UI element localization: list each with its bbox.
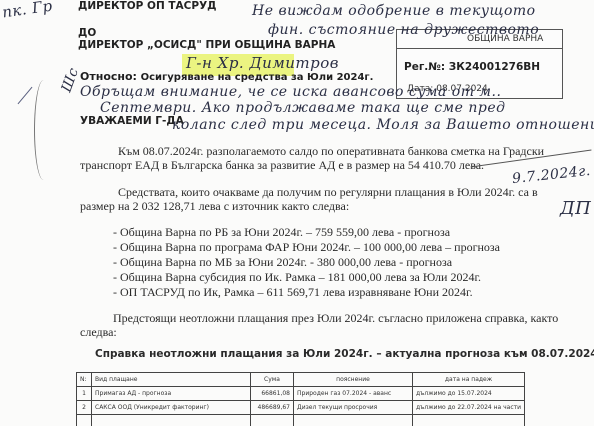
source-item: - ОП ТАСРУД по Ик, Рамка – 611 569,71 ле… bbox=[113, 285, 473, 300]
handwritten-resolution-line1: Не виждам одобрение в текущото bbox=[252, 3, 536, 19]
margin-pen-arc bbox=[34, 80, 53, 180]
handwritten-assignee: Г-н Хр. Димитров bbox=[186, 54, 339, 72]
recipient-title: ДИРЕКТОР „ОСИСД" ПРИ ОБЩИНА ВАРНА bbox=[78, 39, 335, 51]
cell-amount bbox=[251, 415, 294, 426]
paragraph-payments-line2: следва: bbox=[80, 325, 117, 340]
cell-type bbox=[92, 415, 251, 426]
paragraph-balance-line1: Към 08.07.2024г. разполагаемото салдо по… bbox=[118, 144, 544, 159]
source-item: - Община Варна по МБ за Юни 2024г. - 380… bbox=[113, 255, 452, 270]
handwritten-note-line3: колапс след три месеца. Моля за Вашето о… bbox=[172, 117, 594, 133]
cell-amount: 486689,67 bbox=[251, 401, 294, 415]
handwritten-top-left: пк. Гр bbox=[1, 0, 54, 21]
handwritten-note-line2: Септември. Ако продължаваме така ще сме … bbox=[100, 100, 506, 116]
sender-title: ДИРЕКТОР ОП ТАСРУД bbox=[78, 0, 217, 12]
cell-note bbox=[294, 415, 413, 426]
paragraph-income-line2: размер на 2 032 128,71 лева с източник к… bbox=[80, 199, 349, 214]
payments-table: N: Вид плащане Сума пояснение дата на па… bbox=[76, 372, 525, 426]
cell-due bbox=[413, 415, 525, 426]
col-header-type: Вид плащане bbox=[92, 373, 251, 387]
table-header-row: N: Вид плащане Сума пояснение дата на па… bbox=[77, 373, 525, 387]
col-header-due: дата на падеж bbox=[413, 373, 525, 387]
margin-pen-stroke bbox=[18, 87, 33, 104]
paragraph-balance-line2: транспорт ЕАД в Българска банка за разви… bbox=[80, 158, 484, 173]
col-header-amount: Сума bbox=[251, 373, 294, 387]
cell-type: САКСА ООД (Уникредит факторинг) bbox=[92, 401, 251, 415]
handwritten-date: 9.7.2024г. bbox=[511, 163, 591, 187]
col-header-n: N: bbox=[77, 373, 92, 387]
handwritten-initials: ДП bbox=[560, 198, 591, 219]
handwritten-resolution-line2: фин. състояние на дружеството bbox=[268, 22, 539, 38]
handwritten-note-line1: Обръщам внимание, че се иска авансово су… bbox=[80, 84, 501, 100]
source-item: - Община Варна по РБ за Юни 2024г. – 759… bbox=[113, 225, 450, 240]
greeting: УВАЖАЕМИ Г-ДА bbox=[80, 115, 184, 127]
source-item: - Община Варна по програма ФАР Юни 2024г… bbox=[113, 240, 500, 255]
stamp-divider bbox=[397, 48, 562, 49]
cell-n: 1 bbox=[77, 387, 92, 401]
table-row: 1 Примагаз АД - прогноза 66861,08 Природ… bbox=[77, 387, 525, 401]
cell-due: дължимо до 22.07.2024 на части bbox=[413, 401, 525, 415]
cell-type: Примагаз АД - прогноза bbox=[92, 387, 251, 401]
cell-note: Природен газ 07.2024 - аванс bbox=[294, 387, 413, 401]
table-row: 2 САКСА ООД (Уникредит факторинг) 486689… bbox=[77, 401, 525, 415]
source-item: - Община Варна субсидия по Ик. Рамка – 1… bbox=[113, 270, 481, 285]
cell-due: дължимо до 15.07.2024 bbox=[413, 387, 525, 401]
paragraph-income-line1: Средствата, които очакваме да получим по… bbox=[118, 185, 538, 200]
paragraph-payments-line1: Предстоящи неотложни плащания през Юли 2… bbox=[113, 311, 558, 326]
col-header-note: пояснение bbox=[294, 373, 413, 387]
recipient-label: ДО bbox=[78, 27, 96, 39]
report-title: Справка неотложни плащания за Юли 2024г.… bbox=[95, 348, 594, 360]
table-row-partial bbox=[77, 415, 525, 426]
stamp-reg: Рег.№: ЗК24001276ВН bbox=[404, 61, 540, 73]
cell-n: 2 bbox=[77, 401, 92, 415]
cell-note: Дизел текущи просрочия bbox=[294, 401, 413, 415]
stamp-reg-label: Рег.№: bbox=[404, 61, 445, 73]
cell-n bbox=[77, 415, 92, 426]
cell-amount: 66861,08 bbox=[251, 387, 294, 401]
subject-text: Осигуряване на средства за Юли 2024г. bbox=[141, 72, 374, 83]
stamp-reg-number: ЗК24001276ВН bbox=[449, 61, 540, 73]
margin-signature: Шс bbox=[59, 66, 83, 95]
subject-label: Относно: bbox=[80, 70, 137, 83]
